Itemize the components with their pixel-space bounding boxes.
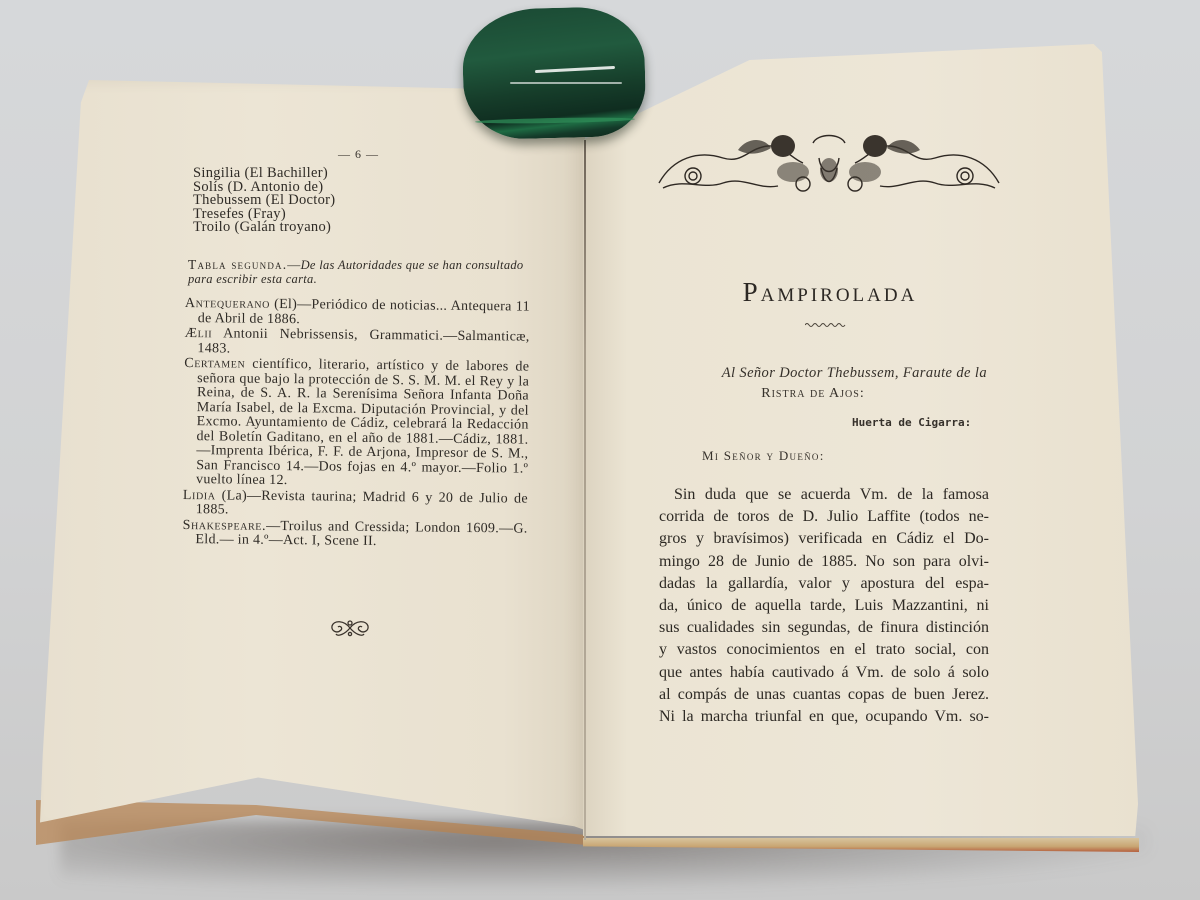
entry-key: Lidia (183, 487, 216, 502)
entry-text: Antonii Nebrissensis, Grammatici.—Salman… (197, 326, 529, 356)
entry-key: Ælii (185, 326, 213, 341)
tabla-dash: — (287, 257, 300, 272)
dedication-line-2: Ristra de Ajos: (670, 386, 956, 402)
chapter-title: Pampirolada (700, 277, 960, 308)
bibliography-list: Antequerano (El)—Periódico de noticias..… (182, 297, 530, 552)
place-line: Huerta de Cigarra: (852, 416, 971, 429)
page-number: — 6 — (338, 147, 379, 162)
body-line: gros y bravísimos) verificada en Cádiz e… (659, 528, 989, 550)
bibliography-entry: Shakespeare.—Troilus and Cressida; Londo… (182, 518, 527, 551)
entry-text: (La)—Revista taurina; Madrid 6 y 20 de J… (196, 488, 528, 518)
letter-body: Sin duda que se acuerda Vm. de la famosa… (659, 484, 989, 728)
name-item: Thebussem (El Doctor) (193, 193, 335, 207)
body-line: sus cualidades sin segundas, de finura d… (659, 617, 989, 639)
body-line: Ni la marcha triunfal en que, ocupando V… (659, 706, 989, 728)
fleuron-icon (328, 617, 372, 639)
bibliography-entry: Antequerano (El)—Periódico de noticias..… (185, 297, 530, 330)
body-line: da, único de aquella tarde, Luis Mazzant… (659, 595, 989, 617)
body-line: que antes había cautivado á Vm. de solo … (659, 662, 989, 684)
name-list: Singilia (El Bachiller) Solís (D. Antoni… (193, 166, 335, 234)
bibliography-entry: Lidia (La)—Revista taurina; Madrid 6 y 2… (183, 488, 528, 521)
book-gutter (584, 140, 586, 840)
tabla-heading: Tabla segunda.—De las Autoridades que se… (188, 258, 533, 286)
body-line: Sin duda que se acuerda Vm. de la famosa (659, 484, 989, 506)
name-item: Tresefes (Fray) (193, 207, 335, 221)
photo-scene: — 6 — Singilia (El Bachiller) Solís (D. … (0, 0, 1200, 900)
name-item: Troilo (Galán troyano) (193, 220, 335, 234)
entry-text: científico, literario, artístico y de la… (196, 357, 529, 488)
entry-key: Shakespeare. (183, 517, 267, 533)
ornamental-headpiece-icon (653, 128, 1005, 198)
name-item: Solís (D. Antonio de) (193, 180, 335, 194)
dedication-line-1: Al Señor Doctor Thebussem, Faraute de la (672, 365, 987, 382)
stone-highlight (510, 82, 622, 84)
greeting: Mi Señor y Dueño: (702, 448, 825, 464)
bibliography-entry: Ælii Antonii Nebrissensis, Grammatici.—S… (184, 327, 529, 360)
bibliography-entry: Certamen científico, literario, artístic… (183, 357, 529, 491)
wavy-rule-icon (805, 322, 847, 328)
body-line: al compás de unas cuantas copas de buen … (659, 684, 989, 706)
body-line: mingo 28 de Junio de 1885. No son para o… (659, 551, 989, 573)
body-line: y vastos conocimientos en el trato socia… (659, 639, 989, 661)
entry-key: Antequerano (185, 296, 270, 312)
name-item: Singilia (El Bachiller) (193, 166, 335, 180)
tabla-title: Tabla segunda. (188, 257, 287, 272)
body-line: dadas la gallardía, valor y apostura del… (659, 573, 989, 595)
entry-key: Certamen (184, 356, 245, 372)
body-line: corrida de toros de D. Julio Laffite (to… (659, 506, 989, 528)
